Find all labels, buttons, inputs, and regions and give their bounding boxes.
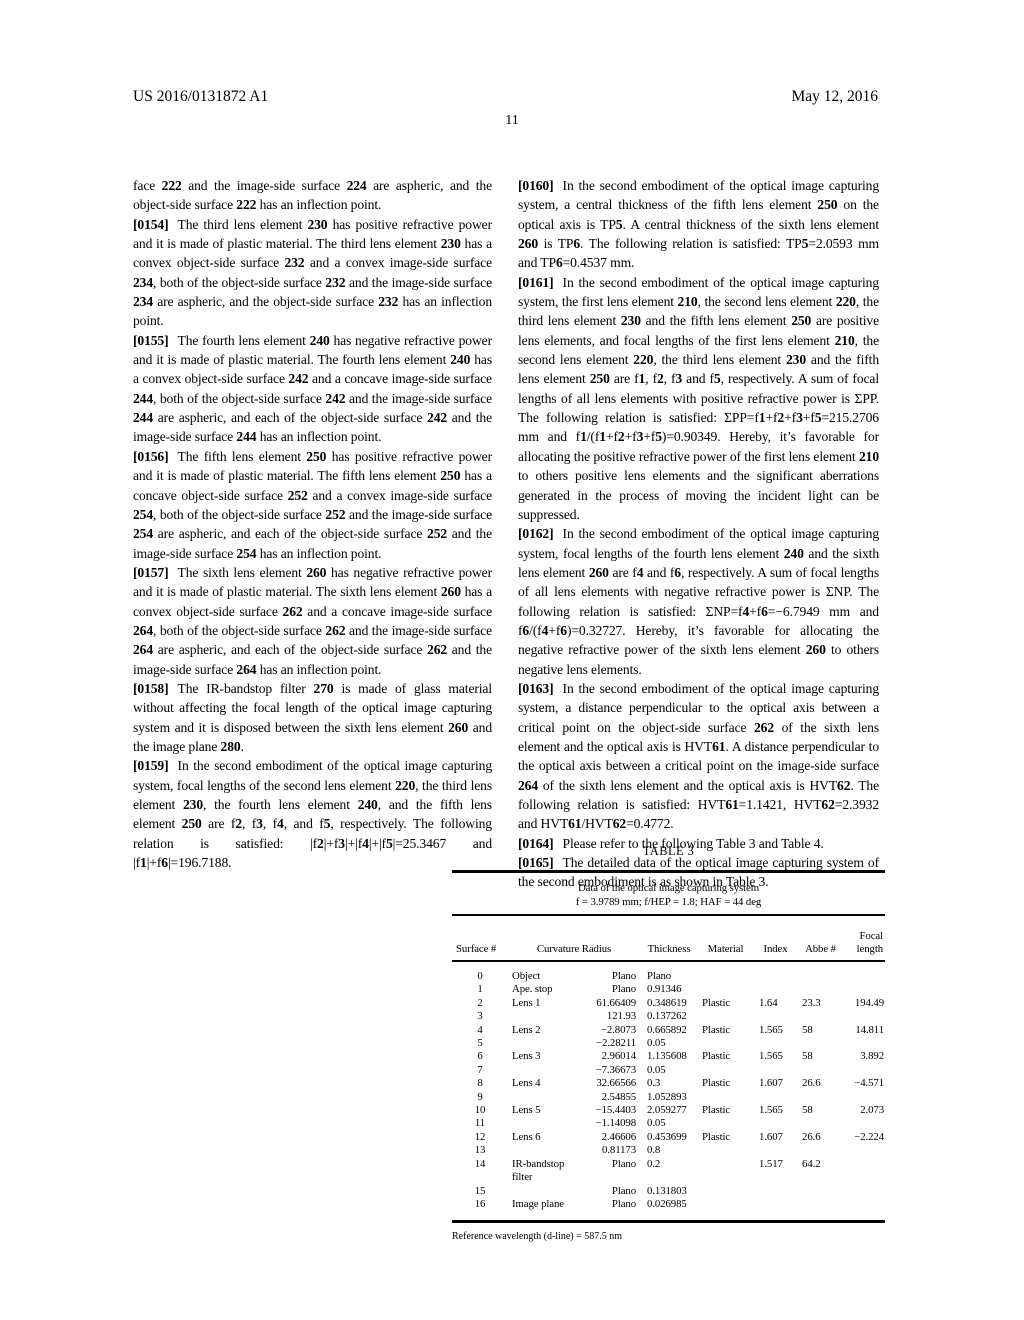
paragraph-0160: [0160]In the second embodiment of the op…	[518, 176, 879, 273]
table-cell: 1.607	[753, 1077, 798, 1090]
paragraph-text: The third lens element 230 has positive …	[133, 217, 492, 329]
table-cell: −2.224	[843, 1131, 885, 1144]
table-cell: Plastic	[698, 1077, 753, 1090]
table-cell: −7.36673	[584, 1064, 640, 1077]
table-cell: −15.4403	[584, 1104, 640, 1117]
table-cell: 14.811	[843, 1024, 885, 1037]
table-cell	[843, 1185, 885, 1198]
table-cell	[843, 1158, 885, 1185]
table-cell: 1.64	[753, 997, 798, 1010]
table-cell	[798, 961, 843, 983]
paragraph-0155: [0155]The fourth lens element 240 has ne…	[133, 331, 492, 447]
table-cell	[843, 1198, 885, 1222]
paragraph-tag: [0161]	[518, 275, 554, 290]
col-header-curvature: Curvature Radius	[508, 916, 640, 961]
col-header-thickness: Thickness	[640, 916, 698, 961]
paragraph-tag: [0158]	[133, 681, 169, 696]
table-cell	[698, 1185, 753, 1198]
table3-caption: TABLE 3	[452, 845, 885, 858]
col-header-surface: Surface #	[452, 916, 508, 961]
table-cell: 1.135608	[640, 1050, 698, 1063]
table-row: 4Lens 2−2.80730.665892Plastic1.5655814.8…	[452, 1024, 885, 1037]
table-cell: 61.66409	[584, 997, 640, 1010]
table-cell: 1.565	[753, 1050, 798, 1063]
paragraph-text: The sixth lens element 260 has negative …	[133, 565, 492, 677]
table3-subtitle: Data of the optical image capturing syst…	[452, 870, 885, 916]
table-cell: Ape. stop	[508, 983, 584, 996]
col-header-focal: Focal length	[843, 916, 885, 961]
col-header-abbe: Abbe #	[798, 916, 843, 961]
table-row: 11−1.140980.05	[452, 1117, 885, 1130]
table-row: 16Image planePlano0.026985	[452, 1198, 885, 1222]
table-cell: 6	[452, 1050, 508, 1063]
table-cell: 0.026985	[640, 1198, 698, 1222]
table-cell: Lens 1	[508, 997, 584, 1010]
table-cell	[753, 1117, 798, 1130]
table-cell	[753, 1091, 798, 1104]
table-row: 14IR-bandstop filterPlano0.21.51764.2	[452, 1158, 885, 1185]
table-cell: 14	[452, 1158, 508, 1185]
table-cell: 8	[452, 1077, 508, 1090]
table-cell: 26.6	[798, 1131, 843, 1144]
table-cell: 11	[452, 1117, 508, 1130]
table-cell	[753, 1198, 798, 1222]
page-number: 11	[0, 113, 1024, 129]
table-cell: 0.3	[640, 1077, 698, 1090]
table-cell	[698, 1091, 753, 1104]
table-row: 2Lens 161.664090.348619Plastic1.6423.319…	[452, 997, 885, 1010]
table-cell: 2	[452, 997, 508, 1010]
table-row: 7−7.366730.05	[452, 1064, 885, 1077]
paragraph-tag: [0155]	[133, 333, 169, 348]
paragraph-tag: [0160]	[518, 178, 554, 193]
table-cell: IR-bandstop filter	[508, 1158, 584, 1185]
table-cell: Plastic	[698, 997, 753, 1010]
table-cell: 0.05	[640, 1037, 698, 1050]
table-cell: 26.6	[798, 1077, 843, 1090]
paragraph-0162: [0162]In the second embodiment of the op…	[518, 524, 879, 679]
paragraph-text: In the second embodiment of the optical …	[518, 526, 879, 676]
table-row: 3121.930.137262	[452, 1010, 885, 1023]
table-cell	[798, 1064, 843, 1077]
table-cell	[508, 1064, 584, 1077]
paragraph-text: In the second embodiment of the optical …	[518, 681, 879, 831]
table-cell: Plano	[640, 961, 698, 983]
table-cell	[753, 1064, 798, 1077]
table-cell	[508, 1037, 584, 1050]
table-cell: Plastic	[698, 1104, 753, 1117]
publication-number: US 2016/0131872 A1	[133, 88, 268, 106]
table-cell	[798, 1185, 843, 1198]
table-cell	[698, 1037, 753, 1050]
paragraph-continuation: face 222 and the image-side surface 224 …	[133, 176, 492, 215]
table-cell: Lens 2	[508, 1024, 584, 1037]
paragraph-text: face 222 and the image-side surface 224 …	[133, 178, 492, 212]
table-cell: Image plane	[508, 1198, 584, 1222]
table-row: 15Plano0.131803	[452, 1185, 885, 1198]
paragraph-tag: [0157]	[133, 565, 169, 580]
left-column: face 222 and the image-side surface 224 …	[133, 176, 492, 872]
table-cell: 64.2	[798, 1158, 843, 1185]
table-cell: 13	[452, 1144, 508, 1157]
table-cell	[843, 961, 885, 983]
table-cell: 0.348619	[640, 997, 698, 1010]
right-column: [0160]In the second embodiment of the op…	[518, 176, 879, 892]
running-header: US 2016/0131872 A1 May 12, 2016	[133, 88, 878, 106]
table-cell: 5	[452, 1037, 508, 1050]
table-row: 1Ape. stopPlano0.91346	[452, 983, 885, 996]
table-cell: −2.8073	[584, 1024, 640, 1037]
table-cell: 3	[452, 1010, 508, 1023]
table-cell: 0.8	[640, 1144, 698, 1157]
table-cell: 0	[452, 961, 508, 983]
table-cell	[698, 961, 753, 983]
paragraph-0154: [0154]The third lens element 230 has pos…	[133, 215, 492, 331]
table-cell: 0.05	[640, 1117, 698, 1130]
table-cell	[843, 1091, 885, 1104]
table-cell: Plano	[584, 1198, 640, 1222]
table-cell	[753, 1010, 798, 1023]
table-cell: 7	[452, 1064, 508, 1077]
table-cell	[798, 1037, 843, 1050]
table-cell	[698, 1010, 753, 1023]
table-cell: Plastic	[698, 1131, 753, 1144]
paragraph-tag: [0162]	[518, 526, 554, 541]
table-cell: 0.91346	[640, 983, 698, 996]
table-cell: 3.892	[843, 1050, 885, 1063]
table-cell	[798, 1010, 843, 1023]
table-cell: 1.517	[753, 1158, 798, 1185]
table-row: 0ObjectPlanoPlano	[452, 961, 885, 983]
table-cell: Plano	[584, 983, 640, 996]
paragraph-text: The fifth lens element 250 has positive …	[133, 449, 492, 561]
table-cell: 4	[452, 1024, 508, 1037]
table-cell	[843, 1064, 885, 1077]
table-cell	[798, 1091, 843, 1104]
paragraph-0158: [0158]The IR-bandstop filter 270 is made…	[133, 679, 492, 756]
table-cell	[508, 1185, 584, 1198]
table-cell: Object	[508, 961, 584, 983]
table-cell: 0.453699	[640, 1131, 698, 1144]
paragraph-0157: [0157]The sixth lens element 260 has neg…	[133, 563, 492, 679]
table-cell	[753, 1144, 798, 1157]
table-cell	[798, 1117, 843, 1130]
paragraph-tag: [0163]	[518, 681, 554, 696]
table3-block: TABLE 3 Data of the optical image captur…	[452, 845, 885, 1244]
table-row: 6Lens 32.960141.135608Plastic1.565583.89…	[452, 1050, 885, 1063]
table-cell	[843, 1010, 885, 1023]
table-cell	[698, 983, 753, 996]
table-cell: 0.2	[640, 1158, 698, 1185]
table-row: 8Lens 432.665660.3Plastic1.60726.6−4.571	[452, 1077, 885, 1090]
table-row: 10Lens 5−15.44032.059277Plastic1.565582.…	[452, 1104, 885, 1117]
paragraph-tag: [0154]	[133, 217, 169, 232]
table3-footnote: Reference wavelength (d-line) = 587.5 nm	[452, 1230, 885, 1243]
table3-body: 0ObjectPlanoPlano1Ape. stopPlano0.913462…	[452, 961, 885, 1222]
table-cell: 23.3	[798, 997, 843, 1010]
table-cell: 0.05	[640, 1064, 698, 1077]
table-cell	[798, 1198, 843, 1222]
table-cell: Plano	[584, 961, 640, 983]
table-cell: 2.059277	[640, 1104, 698, 1117]
paragraph-text: The fourth lens element 240 has negative…	[133, 333, 492, 445]
table-cell: −1.14098	[584, 1117, 640, 1130]
paragraph-text: In the second embodiment of the optical …	[518, 178, 879, 270]
table3-subtitle-line2: f = 3.9789 mm; f/HEP = 1.8; HAF = 44 deg	[452, 895, 885, 909]
table-cell: Lens 5	[508, 1104, 584, 1117]
table-cell: 2.54855	[584, 1091, 640, 1104]
table-cell: 2.073	[843, 1104, 885, 1117]
paragraph-0161: [0161]In the second embodiment of the op…	[518, 273, 879, 524]
table-cell: 9	[452, 1091, 508, 1104]
table-cell: 32.66566	[584, 1077, 640, 1090]
paragraph-text: The IR-bandstop filter 270 is made of gl…	[133, 681, 492, 754]
paragraph-text: In the second embodiment of the optical …	[133, 758, 492, 870]
paragraph-tag: [0159]	[133, 758, 169, 773]
table-cell	[698, 1064, 753, 1077]
table-cell: Lens 3	[508, 1050, 584, 1063]
table-cell: −2.28211	[584, 1037, 640, 1050]
table3-header: Surface # Curvature Radius Thickness Mat…	[452, 916, 885, 961]
table-cell: 58	[798, 1104, 843, 1117]
patent-page: US 2016/0131872 A1 May 12, 2016 11 face …	[0, 0, 1024, 1320]
table-cell	[508, 1010, 584, 1023]
table-cell	[698, 1198, 753, 1222]
table-row: 5−2.282110.05	[452, 1037, 885, 1050]
paragraph-0156: [0156]The fifth lens element 250 has pos…	[133, 447, 492, 563]
table-cell	[698, 1117, 753, 1130]
table-row: 130.811730.8	[452, 1144, 885, 1157]
table-cell: 0.131803	[640, 1185, 698, 1198]
table-cell: 58	[798, 1050, 843, 1063]
table-cell: Plano	[584, 1185, 640, 1198]
table-cell: 1.607	[753, 1131, 798, 1144]
table-cell: 16	[452, 1198, 508, 1222]
table-cell	[508, 1091, 584, 1104]
col-header-material: Material	[698, 916, 753, 961]
table-cell: Plano	[584, 1158, 640, 1185]
table-row: 12Lens 62.466060.453699Plastic1.60726.6−…	[452, 1131, 885, 1144]
table-cell: 1.565	[753, 1024, 798, 1037]
table-cell: −4.571	[843, 1077, 885, 1090]
table-cell	[798, 983, 843, 996]
table-cell	[798, 1144, 843, 1157]
table-cell: 121.93	[584, 1010, 640, 1023]
paragraph-0159: [0159]In the second embodiment of the op…	[133, 756, 492, 872]
table-cell	[753, 961, 798, 983]
table-cell: 10	[452, 1104, 508, 1117]
table-cell: 15	[452, 1185, 508, 1198]
publication-date: May 12, 2016	[791, 88, 878, 106]
table-cell: 58	[798, 1024, 843, 1037]
table3-subtitle-line1: Data of the optical image capturing syst…	[452, 881, 885, 895]
table-cell: 2.96014	[584, 1050, 640, 1063]
table-cell: 1.565	[753, 1104, 798, 1117]
table-cell: Lens 4	[508, 1077, 584, 1090]
table-cell	[753, 1037, 798, 1050]
table-cell: Plastic	[698, 1024, 753, 1037]
table-cell	[843, 1037, 885, 1050]
table-cell: 194.49	[843, 997, 885, 1010]
table-cell: 12	[452, 1131, 508, 1144]
table-cell	[698, 1144, 753, 1157]
table-cell: 1.052893	[640, 1091, 698, 1104]
table-cell	[698, 1158, 753, 1185]
table-cell	[843, 1117, 885, 1130]
table-cell	[508, 1144, 584, 1157]
table-cell	[753, 1185, 798, 1198]
table-cell: 0.665892	[640, 1024, 698, 1037]
table-cell: 2.46606	[584, 1131, 640, 1144]
table-cell: 0.81173	[584, 1144, 640, 1157]
table-row: 92.548551.052893	[452, 1091, 885, 1104]
table-cell: 0.137262	[640, 1010, 698, 1023]
paragraph-text: In the second embodiment of the optical …	[518, 275, 879, 522]
table-cell: 1	[452, 983, 508, 996]
table-cell	[843, 1144, 885, 1157]
col-header-index: Index	[753, 916, 798, 961]
table-cell	[508, 1117, 584, 1130]
table-cell: Plastic	[698, 1050, 753, 1063]
table-cell: Lens 6	[508, 1131, 584, 1144]
paragraph-tag: [0156]	[133, 449, 169, 464]
table-cell	[843, 983, 885, 996]
paragraph-0163: [0163]In the second embodiment of the op…	[518, 679, 879, 834]
table3: Surface # Curvature Radius Thickness Mat…	[452, 916, 885, 1223]
table-cell	[753, 983, 798, 996]
